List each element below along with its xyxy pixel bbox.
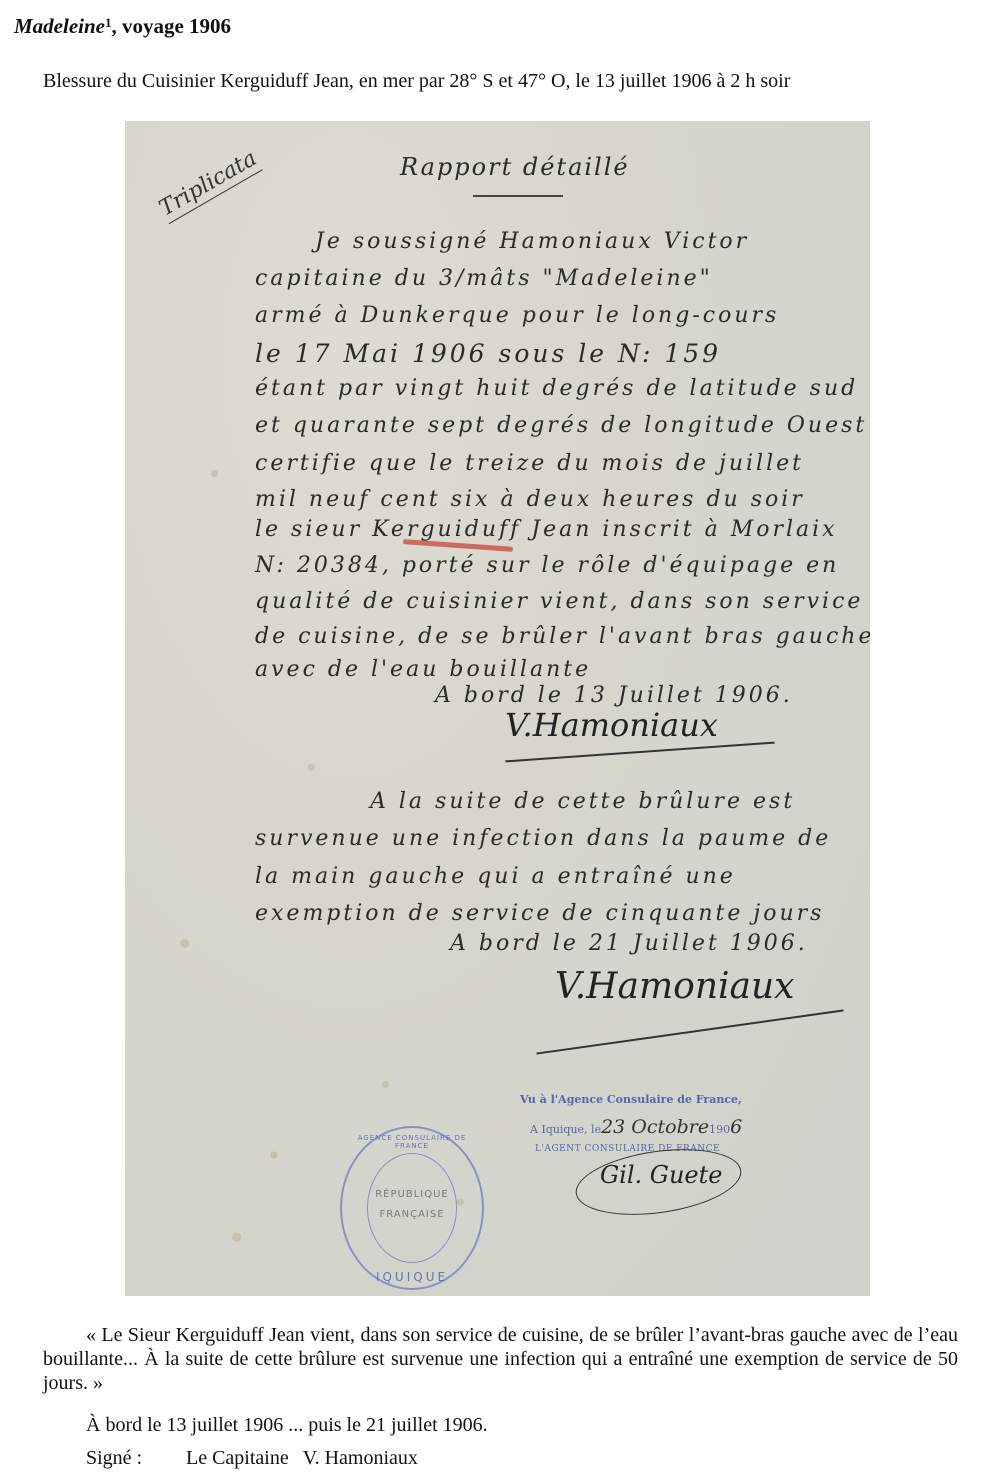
page-title: Madeleine1, voyage 1906 xyxy=(14,14,231,39)
manuscript-line: certifie que le treize du mois de juille… xyxy=(255,451,804,476)
consular-date: A Iquique, le23 Octobre1906 xyxy=(530,1116,742,1138)
seal-center-2: FRANÇAISE xyxy=(368,1209,456,1220)
manuscript-line: Je soussigné Hamoniaux Victor xyxy=(315,229,749,254)
manuscript-line: A bord le 21 Juillet 1906. xyxy=(450,931,808,956)
date-handwritten: 23 Octobre xyxy=(601,1116,709,1138)
ship-name: Madeleine xyxy=(14,14,105,38)
manuscript-line: de cuisine, de se brûler l'avant bras ga… xyxy=(255,624,870,649)
manuscript-line: qualité de cuisinier vient, dans son ser… xyxy=(255,589,863,614)
manuscript-line: N: 20384, porté sur le rôle d'équipage e… xyxy=(255,553,839,578)
place-prefix: A Iquique, le xyxy=(530,1123,601,1136)
consular-seal: AGENCE CONSULAIRE DE FRANCE RÉPUBLIQUE F… xyxy=(340,1126,484,1290)
manuscript-line: A la suite de cette brûlure est xyxy=(370,789,795,814)
seal-inner-ring: RÉPUBLIQUE FRANÇAISE xyxy=(367,1153,457,1263)
manuscript-photo: Triplicata Rapport détaillé Je soussigné… xyxy=(125,121,870,1296)
manuscript-line: la main gauche qui a entraîné une xyxy=(255,864,736,889)
manuscript-heading: Rapport détaillé xyxy=(400,153,630,181)
manuscript-line: avec de l'eau bouillante xyxy=(255,657,591,682)
manuscript-line: et quarante sept degrés de longitude Oue… xyxy=(255,413,867,438)
captain-signature-1: V.Hamoniaux xyxy=(505,706,718,744)
consular-vu: Vu à l'Agence Consulaire de France, xyxy=(520,1093,742,1106)
manuscript-line: mil neuf cent six à deux heures du soir xyxy=(255,487,805,512)
signed-label: Signé : xyxy=(86,1446,186,1470)
year-printed: 190 xyxy=(709,1123,730,1136)
manuscript-line: exemption de service de cinquante jours xyxy=(255,901,824,926)
seal-bottom-text: IQUIQUE xyxy=(342,1270,482,1284)
transcription-signature: Signé :Le CapitaineV. Hamoniaux xyxy=(86,1446,418,1470)
seal-center-1: RÉPUBLIQUE xyxy=(368,1189,456,1200)
manuscript-line: le 17 Mai 1906 sous le N: 159 xyxy=(255,339,721,368)
title-rest: , voyage 1906 xyxy=(111,14,231,38)
year-handwritten: 6 xyxy=(730,1116,742,1138)
captain-signature-2: V.Hamoniaux xyxy=(555,966,794,1007)
transcription-dates: À bord le 13 juillet 1906 ... puis le 21… xyxy=(86,1413,488,1437)
heading-underline xyxy=(473,195,563,197)
manuscript-line: étant par vingt huit degrés de latitude … xyxy=(255,376,858,401)
signed-role: Le Capitaine xyxy=(186,1446,289,1470)
transcription-quote: « Le Sieur Kerguiduff Jean vient, dans s… xyxy=(43,1323,958,1395)
subtitle: Blessure du Cuisinier Kerguiduff Jean, e… xyxy=(43,70,790,93)
manuscript-line: armé à Dunkerque pour le long-cours xyxy=(255,303,779,328)
manuscript-line: capitaine du 3/mâts "Madeleine" xyxy=(255,266,713,291)
triplicata-annotation: Triplicata xyxy=(155,146,262,224)
manuscript-line: survenue une infection dans la paume de xyxy=(255,826,831,851)
signature-line xyxy=(536,1009,843,1054)
manuscript-line: A bord le 13 Juillet 1906. xyxy=(435,683,793,708)
signature-line xyxy=(505,742,774,762)
seal-top-text: AGENCE CONSULAIRE DE FRANCE xyxy=(342,1134,482,1150)
agent-signature: Gil. Guete xyxy=(600,1161,722,1189)
signed-name: V. Hamoniaux xyxy=(303,1446,418,1470)
manuscript-line: le sieur Kerguiduff Jean inscrit à Morla… xyxy=(255,517,838,542)
